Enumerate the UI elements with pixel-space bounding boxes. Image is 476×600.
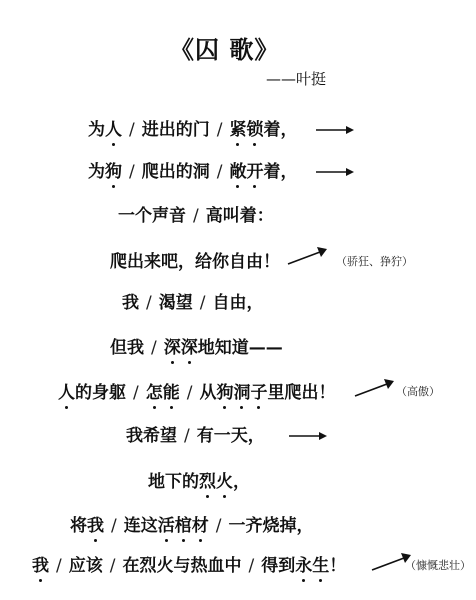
separator: /: [110, 556, 116, 576]
poem-line-3: 一个声音/高叫着：: [118, 206, 274, 226]
segment: 高叫着：: [206, 206, 274, 226]
segment: 连这活棺材: [124, 516, 209, 536]
segment: 为狗: [88, 162, 122, 182]
segment: 一齐烧掉，: [228, 516, 313, 536]
segment: 地下的烈火，: [148, 472, 250, 492]
segment: 爬出来吧，给你自由！: [110, 252, 280, 272]
right-arrow-icon: [314, 166, 356, 178]
separator: /: [217, 162, 223, 182]
poem-line-5: 我/渴望/自由，: [122, 293, 263, 313]
poem-line-1: 为人/进出的门/紧锁着，: [88, 120, 297, 140]
segment: 我: [122, 293, 139, 313]
emphasis-dot-char: 人: [105, 120, 122, 140]
poem-line-6: 但我/深深地知道——: [110, 338, 283, 358]
segment: 但我: [110, 338, 144, 358]
poem-title: 《囚 歌》: [170, 30, 279, 65]
segment: 我希望: [126, 426, 177, 446]
separator: /: [111, 516, 117, 536]
poem-line-10: 将我/连这活棺材/一齐烧掉，: [70, 516, 313, 536]
separator: /: [217, 120, 223, 140]
segment: 得到永生！: [261, 556, 346, 576]
annotation-arrogant: （骄狂、狰狞）: [336, 253, 413, 269]
segment: 紧锁着，: [229, 120, 297, 140]
segment: 深深地知道——: [164, 338, 283, 358]
separator: /: [56, 556, 62, 576]
poem-line-11: 我/应该/在烈火与热血中/得到永生！: [32, 556, 346, 576]
segment: 我: [32, 556, 49, 576]
segment: 从狗洞子里爬出！: [199, 383, 335, 403]
separator: /: [133, 383, 139, 403]
right-arrow-icon: [287, 430, 329, 442]
segment: 敞开着，: [229, 162, 297, 182]
segment: 渴望: [159, 293, 193, 313]
separator: /: [129, 162, 135, 182]
segment: 一个声音: [118, 206, 186, 226]
segment: 自由，: [212, 293, 263, 313]
segment: 人的身躯: [58, 383, 126, 403]
segment: 怎能: [146, 383, 180, 403]
segment: 爬出的洞: [142, 162, 210, 182]
segment: 应该: [69, 556, 103, 576]
separator: /: [193, 206, 199, 226]
separator: /: [187, 383, 193, 403]
poem-line-2: 为狗/爬出的洞/敞开着，: [88, 162, 297, 182]
right-arrow-icon: [314, 124, 356, 136]
poem-author: ——叶挺: [266, 68, 326, 89]
segment: 进出的门: [142, 120, 210, 140]
separator: /: [216, 516, 222, 536]
poem-line-8: 我希望/有一天，: [126, 426, 265, 446]
up-right-arrow-icon: [286, 244, 330, 268]
annotation-proud: （高傲）: [396, 383, 440, 399]
separator: /: [184, 426, 190, 446]
segment: 为人: [88, 120, 122, 140]
segment: 有一天，: [197, 426, 265, 446]
separator: /: [129, 120, 135, 140]
separator: /: [248, 556, 254, 576]
segment: 在烈火与热血中: [122, 556, 241, 576]
annotation-heroic: （慷慨悲壮）: [405, 557, 471, 573]
up-right-arrow-icon: [353, 376, 397, 400]
segment: 将我: [70, 516, 104, 536]
separator: /: [200, 293, 206, 313]
separator: /: [151, 338, 157, 358]
poem-line-4: 爬出来吧，给你自由！: [110, 252, 280, 272]
poem-line-7: 人的身躯/怎能/从狗洞子里爬出！: [58, 383, 335, 403]
separator: /: [146, 293, 152, 313]
poem-line-9: 地下的烈火，: [148, 472, 250, 492]
